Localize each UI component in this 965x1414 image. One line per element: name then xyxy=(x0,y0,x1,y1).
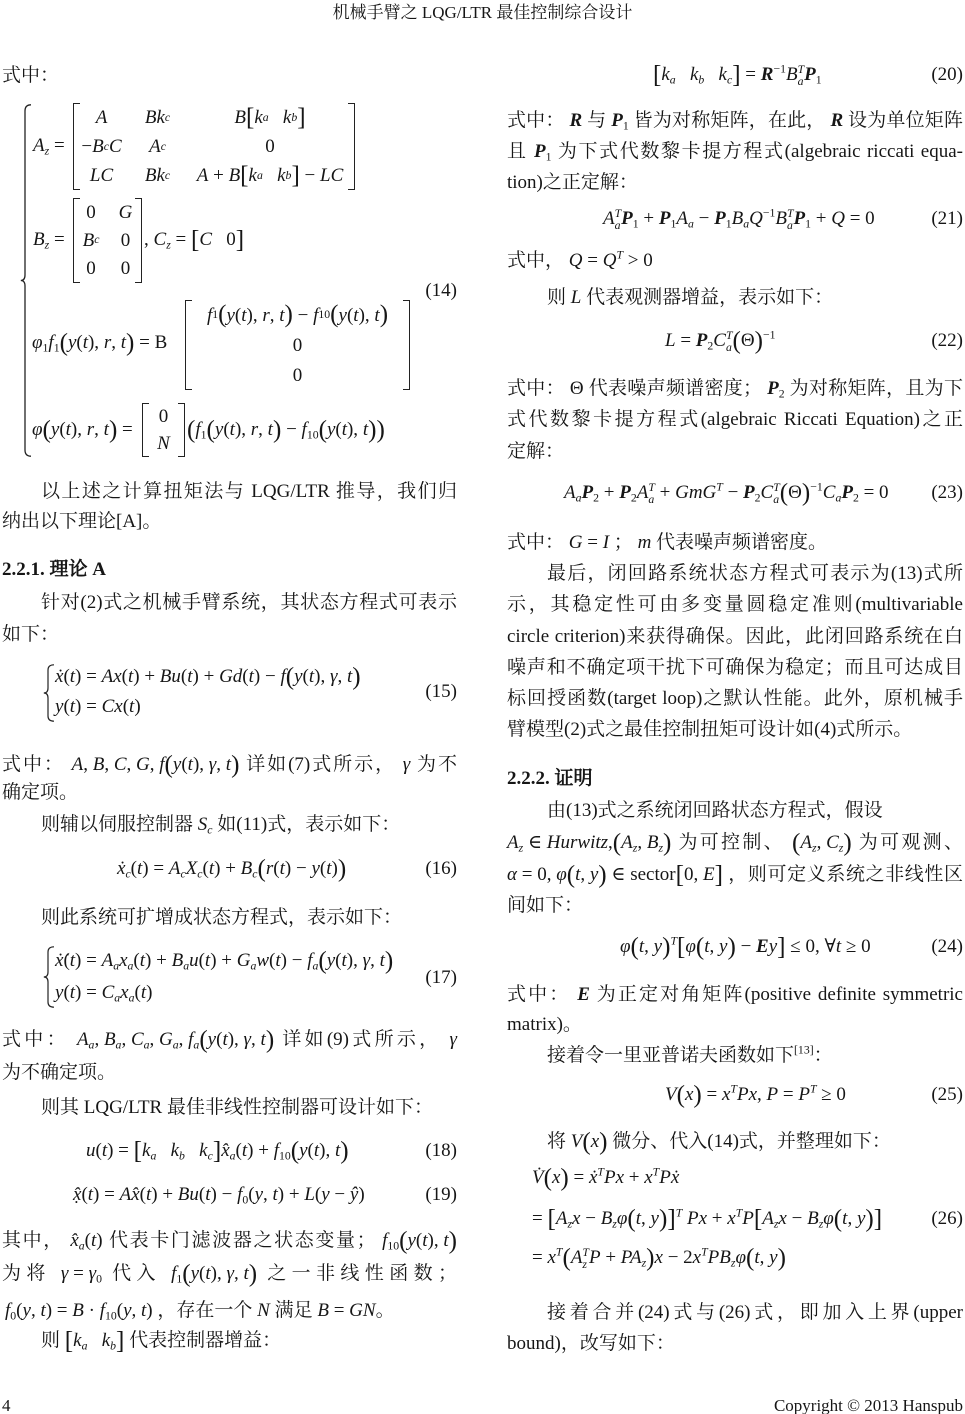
math-symbol: P xyxy=(714,208,726,229)
math-symbol: , xyxy=(760,1247,770,1268)
math-symbol: Px xyxy=(737,1084,757,1105)
equation-number: (23) xyxy=(931,478,963,508)
math-symbol: = xyxy=(532,1247,547,1268)
math-symbol: φ xyxy=(685,936,696,957)
math-symbol: E xyxy=(577,984,590,1005)
equation-number: (21) xyxy=(931,204,963,234)
math-symbol: , xyxy=(580,864,590,885)
equation-number: (20) xyxy=(931,60,963,90)
upright-text: sector xyxy=(630,864,675,885)
math-symbol: ] xyxy=(715,862,723,889)
math-symbol: φ xyxy=(735,1247,746,1268)
math-symbol: sector xyxy=(630,864,675,885)
math-symbol: = 0 xyxy=(845,208,875,229)
text-line: 式中， Q = QT > 0 xyxy=(507,246,653,276)
inline-math: m xyxy=(638,532,652,553)
text-line: 且 P1 为下式代数黎卡提方程式(algebraic riccati equa- xyxy=(507,137,963,167)
subscript: 1 xyxy=(546,151,552,164)
bold-symbol: E xyxy=(577,984,590,1005)
math-symbol: C xyxy=(713,330,726,351)
text-line: circle criterion)来获得确保。因此，此闭回路系统在白 xyxy=(507,622,963,652)
text-line: 则 L 代表观测器增益，表示如下： xyxy=(547,283,833,313)
math-symbol: ( xyxy=(567,862,575,889)
math-symbol: x xyxy=(693,1247,701,1268)
math-symbol: ) xyxy=(693,1082,701,1109)
math-symbol: , xyxy=(757,1084,767,1105)
large-delimiter: ) xyxy=(865,1206,873,1233)
math-symbol: + xyxy=(655,482,675,503)
bold-symbol: P xyxy=(611,110,623,131)
equation-number: (22) xyxy=(931,326,963,356)
text-line: 臂模型(2)式之最佳控制扭矩可设计如(4)式所示。 xyxy=(507,715,912,745)
math-symbol: a xyxy=(648,493,654,506)
text-line: 标回授函数(target loop)之默认性能。此外，原机械手 xyxy=(507,684,963,714)
large-delimiter: ( xyxy=(677,1082,685,1109)
math-symbol: ) xyxy=(599,1129,607,1156)
math-symbol: ≥ 0 xyxy=(841,936,870,957)
math-symbol: L xyxy=(665,330,676,351)
math-symbol: y xyxy=(651,1208,659,1229)
text-line: 式中： G = I ； m 代表噪声频谱密度。 xyxy=(507,528,827,558)
equation-number: (24) xyxy=(931,932,963,962)
large-delimiter: [ xyxy=(547,1206,555,1233)
math-symbol: − xyxy=(694,208,714,229)
math-symbol: 1 xyxy=(623,120,629,133)
math-symbol: + xyxy=(707,1208,727,1229)
math-symbol: A xyxy=(507,832,519,853)
math-symbol: −1 xyxy=(763,329,776,342)
math-symbol: y xyxy=(769,936,777,957)
math-symbol: − xyxy=(580,1208,600,1229)
math-symbol: a xyxy=(773,493,779,506)
equation-row: V(x) = xTPx, P = PT ≥ 0 xyxy=(665,1080,846,1110)
math-symbol xyxy=(676,64,690,85)
math-symbol: = 0, xyxy=(517,864,556,885)
math-symbol: P xyxy=(794,208,806,229)
math-symbol: − xyxy=(723,482,743,503)
inline-math: V(x) xyxy=(571,1131,608,1152)
equation-row: AaP2 + P2ATa + GmGT − P2CTa(Θ)−1CaP2 = 0 xyxy=(564,478,889,508)
math-symbol: φ xyxy=(620,936,631,957)
bold-symbol: P xyxy=(794,208,806,229)
math-symbol: P xyxy=(696,330,708,351)
math-symbol: A xyxy=(556,1208,568,1229)
math-symbol: ) xyxy=(598,862,606,889)
large-delimiter: ] xyxy=(732,62,740,89)
math-symbol: = 0 xyxy=(859,482,889,503)
math-symbol: Θ xyxy=(741,330,755,351)
math-symbol: ) xyxy=(802,480,810,507)
large-delimiter: ) xyxy=(755,328,763,355)
math-symbol: 1 xyxy=(816,74,822,87)
math-symbol: Px xyxy=(604,1167,624,1188)
text-line: 式中： R 与 P1 皆为对称矩阵，在此， R 设为单位矩阵 xyxy=(507,106,963,136)
text-line: α = 0, φ(t, y) ∈ sector[0, E] ，则可定义系统之非线… xyxy=(507,860,963,890)
math-symbol: P xyxy=(742,1208,754,1229)
math-symbol: a xyxy=(615,219,621,232)
math-symbol: P xyxy=(841,482,853,503)
document-page: 机械手臂之 LQG/LTR 最佳控制综合设计 式中： Az = A Bkc B[… xyxy=(0,0,965,1414)
math-symbol: P xyxy=(743,482,755,503)
inline-math: P2 xyxy=(767,378,785,399)
math-symbol: GmG xyxy=(675,482,716,503)
equation-number: (26) xyxy=(931,1204,963,1234)
math-symbol: ( xyxy=(780,480,788,507)
large-delimiter: ) xyxy=(560,1165,568,1192)
text-line: bound)，改写如下： xyxy=(507,1329,675,1359)
math-symbol: A xyxy=(762,1208,774,1229)
large-delimiter: ( xyxy=(567,862,575,889)
bold-symbol: P xyxy=(743,482,755,503)
math-symbol: y xyxy=(654,936,662,957)
large-delimiter: ) xyxy=(598,862,606,889)
math-symbol: A xyxy=(571,1247,583,1268)
math-symbol: y xyxy=(769,1247,777,1268)
math-symbol: ] xyxy=(777,934,785,961)
inline-math: P1 xyxy=(611,110,629,131)
math-symbol: −1 xyxy=(810,481,823,494)
large-delimiter: ( xyxy=(582,1129,590,1156)
text-line: 接着合并(24)式与(26)式，即加入上界(upper xyxy=(547,1298,963,1328)
math-symbol: [ xyxy=(547,1206,555,1233)
large-delimiter: ) xyxy=(599,1129,607,1156)
math-symbol: + xyxy=(639,208,659,229)
upright-text: Θ xyxy=(570,378,584,399)
math-symbol: V̇ xyxy=(532,1167,544,1188)
math-symbol: C xyxy=(823,482,836,503)
math-symbol: φ xyxy=(823,1208,834,1229)
math-symbol: R xyxy=(569,110,582,131)
large-delimiter: ] xyxy=(715,862,723,889)
large-delimiter: ( xyxy=(562,1245,570,1272)
math-symbol: −1 xyxy=(763,207,776,220)
math-symbol: ( xyxy=(582,1129,590,1156)
inline-math: (Az, Cz) xyxy=(792,832,852,853)
text-line: 接着令一里亚普诺夫函数如下[13]： xyxy=(547,1041,833,1071)
text-line: 最后，闭回路系统状态方程式可表示为(13)式所 xyxy=(547,559,963,589)
math-symbol: = xyxy=(676,330,696,351)
math-symbol: k xyxy=(661,64,669,85)
math-symbol: ) xyxy=(778,1245,786,1272)
math-symbol: x xyxy=(727,1208,735,1229)
math-symbol: A xyxy=(621,832,633,853)
math-symbol: ( xyxy=(677,1082,685,1109)
bold-symbol: P xyxy=(841,482,853,503)
math-symbol: B xyxy=(601,1208,613,1229)
inline-math: Q = QT > 0 xyxy=(569,250,653,271)
math-symbol: + xyxy=(811,208,831,229)
math-symbol: = xyxy=(741,64,761,85)
math-symbol: z xyxy=(582,1258,587,1271)
math-symbol: P xyxy=(767,378,779,399)
large-delimiter: ( xyxy=(780,480,788,507)
math-symbol: + xyxy=(599,482,619,503)
bold-symbol: P xyxy=(804,64,816,85)
math-symbol: ) xyxy=(865,1206,873,1233)
math-symbol: ( xyxy=(544,1165,552,1192)
math-symbol: ( xyxy=(834,1206,842,1233)
superscript: [13] xyxy=(794,1044,814,1057)
math-symbol: Hurwitz xyxy=(547,832,608,853)
bold-symbol: R xyxy=(761,64,774,85)
text-line: 式代数黎卡提方程式(algebraic Riccati Equation)之正 xyxy=(507,405,963,435)
subscript: 2 xyxy=(779,388,785,401)
large-delimiter: ( xyxy=(733,328,741,355)
equation-row: V̇(x) = ẋTPx + xTPẋ xyxy=(532,1163,679,1193)
text-line: matrix)。 xyxy=(507,1010,582,1040)
math-symbol: x xyxy=(644,1167,652,1188)
text-line: tion)之正定解： xyxy=(507,168,638,198)
large-delimiter: ] xyxy=(777,934,785,961)
math-symbol: B xyxy=(732,208,744,229)
math-symbol: , xyxy=(847,1208,857,1229)
math-symbol: C xyxy=(761,482,774,503)
text-line: 式中： E 为正定对角矩阵(positive definite symmetri… xyxy=(507,980,963,1010)
superscript: −1 xyxy=(810,481,823,494)
math-symbol: PA xyxy=(621,1247,642,1268)
subscript: 1 xyxy=(816,74,822,87)
math-symbol: , xyxy=(710,936,720,957)
math-symbol: ∈ xyxy=(607,864,631,885)
math-symbol: A xyxy=(564,482,576,503)
bold-symbol: P xyxy=(621,208,633,229)
math-symbol: R xyxy=(830,110,843,131)
math-symbol: > 0 xyxy=(623,250,653,271)
math-symbol: a xyxy=(787,219,793,232)
equation-row: L = P2CTa(Θ)−1 xyxy=(665,326,776,356)
large-delimiter: ) xyxy=(693,1082,701,1109)
math-symbol: P xyxy=(589,1247,601,1268)
superscript: −1 xyxy=(773,63,786,76)
math-symbol: x xyxy=(591,1131,599,1152)
bold-symbol: P xyxy=(534,141,546,162)
math-symbol: [ xyxy=(754,1206,762,1233)
text-line: Az ∈ Hurwitz,(Az, Bz) 为可控制、 (Az, Cz) 为可观… xyxy=(507,828,963,858)
bold-symbol: R xyxy=(830,110,843,131)
inline-math: R xyxy=(830,110,843,131)
math-symbol: m xyxy=(638,532,652,553)
math-symbol: P xyxy=(767,1084,779,1105)
math-symbol: ) xyxy=(646,1245,654,1272)
large-delimiter: ) xyxy=(843,830,851,857)
math-symbol: P xyxy=(534,141,546,162)
math-symbol: , xyxy=(637,832,647,853)
math-symbol: ≤ 0, ∀ xyxy=(786,936,836,957)
math-symbol: E xyxy=(756,936,769,957)
math-symbol: 0, xyxy=(684,864,703,885)
right-column: [ka kb kc] = R−1BTaP1 (20) 式中： R 与 P1 皆为… xyxy=(0,0,965,1414)
text-line: 间如下： xyxy=(507,891,583,921)
math-symbol: ( xyxy=(733,328,741,355)
math-symbol: V xyxy=(665,1084,677,1105)
equation-row: = xT(ATzP + PAz)x − 2xTPBzφ(t, y) xyxy=(532,1243,786,1273)
math-symbol: I xyxy=(603,532,609,553)
math-symbol: Θ xyxy=(570,378,584,399)
math-symbol: = xyxy=(583,532,603,553)
math-symbol: A xyxy=(637,482,649,503)
math-symbol: ( xyxy=(562,1245,570,1272)
math-symbol: B xyxy=(786,64,798,85)
math-symbol: ) xyxy=(755,328,763,355)
large-delimiter: ( xyxy=(627,1206,635,1233)
text-line: 由(13)式之系统闭回路状态方程式，假设 xyxy=(547,796,883,826)
large-delimiter: [ xyxy=(754,1206,762,1233)
math-symbol: φ xyxy=(556,864,567,885)
superscript: −1 xyxy=(763,207,776,220)
math-symbol: ] xyxy=(874,1206,882,1233)
inline-math: R xyxy=(569,110,582,131)
math-symbol: Q xyxy=(569,250,583,271)
math-symbol: P xyxy=(621,208,633,229)
math-symbol: ) xyxy=(727,934,735,961)
math-symbol: x xyxy=(778,1208,786,1229)
math-symbol: Θ xyxy=(788,482,802,503)
math-symbol: PB xyxy=(708,1247,731,1268)
equation-number: (25) xyxy=(931,1080,963,1110)
math-symbol: ) xyxy=(560,1165,568,1192)
equation-row: [ka kb kc] = R−1BTaP1 xyxy=(653,60,822,90)
large-delimiter: ( xyxy=(613,830,621,857)
large-delimiter: ( xyxy=(696,934,704,961)
math-symbol: = xyxy=(583,250,603,271)
math-symbol: [13] xyxy=(794,1044,814,1057)
math-symbol: = xyxy=(778,1084,798,1105)
section-heading-2-2-2: 2.2.2. 证明 xyxy=(507,764,593,794)
math-symbol: P xyxy=(659,208,671,229)
math-symbol: R xyxy=(761,64,774,85)
math-symbol: A xyxy=(800,832,812,853)
large-delimiter: ] xyxy=(874,1206,882,1233)
text-line: 定解： xyxy=(507,437,564,467)
math-symbol: P xyxy=(611,110,623,131)
upright-text: Θ xyxy=(788,482,802,503)
large-delimiter: ) xyxy=(727,934,735,961)
math-symbol: ) xyxy=(843,830,851,857)
math-symbol: + xyxy=(601,1247,621,1268)
math-symbol: − xyxy=(736,936,756,957)
bold-symbol: E xyxy=(756,936,769,957)
math-symbol: A xyxy=(603,208,615,229)
large-delimiter: [ xyxy=(676,862,684,889)
bold-symbol: P xyxy=(582,482,594,503)
math-symbol: ] xyxy=(732,62,740,89)
math-symbol: , xyxy=(644,936,654,957)
math-symbol: ( xyxy=(631,934,639,961)
math-symbol: Px xyxy=(687,1208,707,1229)
math-symbol: A xyxy=(676,208,688,229)
upright-text: Θ xyxy=(741,330,755,351)
math-symbol: ∈ xyxy=(523,832,547,853)
text-line: 噪声和不确定项干扰下可确保为稳定；而且可达成目 xyxy=(507,653,963,683)
math-symbol: L xyxy=(571,287,582,308)
inline-math: L xyxy=(571,287,582,308)
text-line: 式中： Θ 代表噪声频谱密度； P2 为对称矩阵，且为下 xyxy=(507,374,963,404)
math-symbol: φ xyxy=(617,1208,628,1229)
math-symbol: 1 xyxy=(546,151,552,164)
large-delimiter: ) xyxy=(778,1245,786,1272)
copyright-notice: Copyright © 2013 Hanspub xyxy=(774,1391,963,1414)
math-symbol: = xyxy=(532,1208,547,1229)
math-symbol: [ xyxy=(676,862,684,889)
math-symbol: P xyxy=(804,64,816,85)
math-symbol: Q xyxy=(603,250,617,271)
large-delimiter: ( xyxy=(631,934,639,961)
superscript: −1 xyxy=(763,329,776,342)
math-symbol xyxy=(704,64,718,85)
equation-row: φ(t, y)T[φ(t, y) − Ey] ≤ 0, ∀t ≥ 0 xyxy=(620,932,871,962)
subscript: 1 xyxy=(623,120,629,133)
inline-math: Az ∈ Hurwitz,(Az, Bz) xyxy=(507,832,671,853)
math-symbol: B xyxy=(647,832,659,853)
math-symbol: B xyxy=(807,1208,819,1229)
text-line: 将 V(x) 微分、代入(14)式，并整理如下： xyxy=(547,1127,891,1157)
math-symbol: C xyxy=(826,832,839,853)
math-symbol: = xyxy=(569,1167,589,1188)
math-symbol: V xyxy=(571,1131,583,1152)
math-symbol: ] xyxy=(667,1206,675,1233)
large-delimiter: ) xyxy=(646,1245,654,1272)
bold-symbol: P xyxy=(696,330,708,351)
math-symbol: − xyxy=(787,1208,807,1229)
inline-math: G = I xyxy=(569,532,609,553)
math-symbol: α xyxy=(507,864,517,885)
bold-symbol: P xyxy=(714,208,726,229)
math-symbol: k xyxy=(719,64,727,85)
math-symbol: x xyxy=(655,1247,663,1268)
math-symbol: −1 xyxy=(773,63,786,76)
bold-symbol: P xyxy=(659,208,671,229)
math-symbol: Q xyxy=(831,208,845,229)
math-symbol: − 2 xyxy=(663,1247,693,1268)
equation-row: = [Azx − Bzφ(t, y)]T Px + xTP[Azx − Bzφ(… xyxy=(532,1204,882,1234)
large-delimiter: ) xyxy=(663,830,671,857)
math-symbol: G xyxy=(569,532,583,553)
bold-symbol: P xyxy=(619,482,631,503)
math-symbol: P xyxy=(619,482,631,503)
math-symbol: 2 xyxy=(779,388,785,401)
inline-math: P1 xyxy=(534,141,552,162)
inline-math: Θ xyxy=(570,378,584,399)
equation-row: ATaP1 + P1Aa − P1BaQ−1BTaP1 + Q = 0 xyxy=(603,204,875,234)
large-delimiter: ( xyxy=(544,1165,552,1192)
math-symbol: a xyxy=(798,75,804,88)
math-symbol: E xyxy=(703,864,715,885)
math-symbol: , xyxy=(817,832,827,853)
math-symbol: a xyxy=(726,341,732,354)
large-delimiter: ) xyxy=(802,480,810,507)
math-symbol: + xyxy=(624,1167,644,1188)
math-symbol: Q xyxy=(749,208,763,229)
math-symbol: ( xyxy=(613,830,621,857)
inline-math: [13] xyxy=(794,1045,814,1066)
inline-math: α = 0, φ(t, y) ∈ sector[0, E] xyxy=(507,864,723,885)
math-symbol: ) xyxy=(663,830,671,857)
math-symbol: ( xyxy=(627,1206,635,1233)
inline-math: E xyxy=(577,984,590,1005)
math-symbol: ≥ 0 xyxy=(817,1084,846,1105)
math-symbol: x xyxy=(547,1247,555,1268)
large-delimiter: ( xyxy=(834,1206,842,1233)
large-delimiter: ] xyxy=(667,1206,675,1233)
math-symbol: Pẋ xyxy=(659,1167,679,1188)
math-symbol: P xyxy=(582,482,594,503)
math-symbol: B xyxy=(775,208,787,229)
text-line: 示，其稳定性可由多变量圆稳定准则(multivariable xyxy=(507,590,963,620)
math-symbol: = xyxy=(702,1084,722,1105)
bold-symbol: P xyxy=(767,378,779,399)
bold-symbol: R xyxy=(569,110,582,131)
upright-text: [13] xyxy=(794,1044,814,1057)
